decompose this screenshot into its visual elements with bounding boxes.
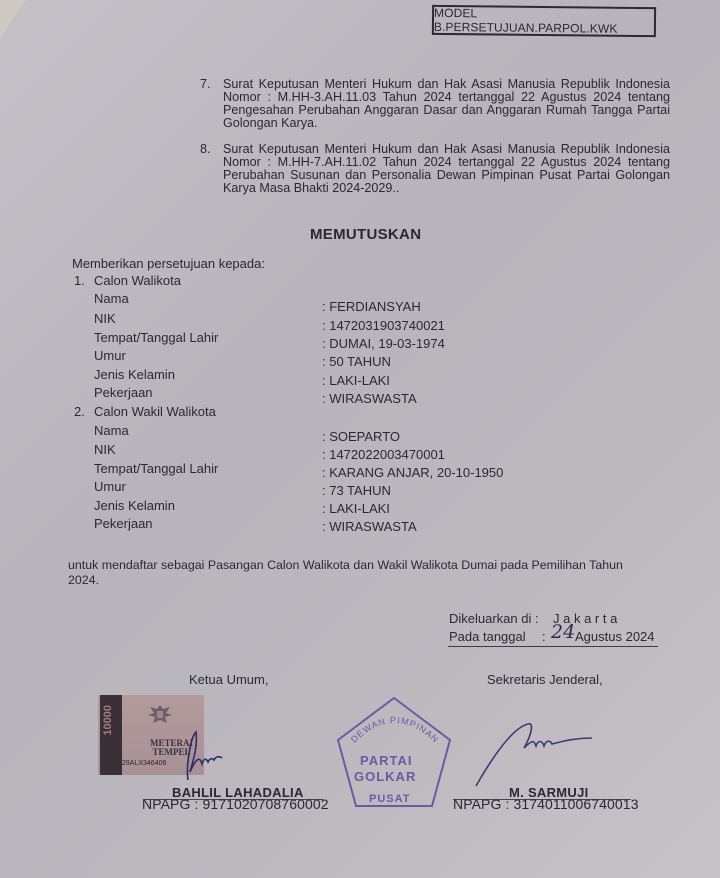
seal-line-3: PUSAT <box>369 793 410 806</box>
field-label: Tempat/Tanggal Lahir <box>94 462 218 475</box>
date-day-handwritten: 24 <box>551 623 575 642</box>
left-signatory-id: NPAPG : 9171020708760002 <box>142 796 329 812</box>
seal-line-1: PARTAI <box>360 754 412 767</box>
candidate-1-role: Calon Walikota <box>94 274 181 287</box>
field-value: : 50 TAHUN <box>322 355 391 368</box>
issued-at-label: Dikeluarkan di : <box>449 612 539 625</box>
garuda-emblem-icon <box>146 701 174 729</box>
paper-corner-shadow <box>0 0 26 38</box>
date-colon: : <box>542 630 546 643</box>
field-value: : SOEPARTO <box>322 430 400 443</box>
field-label: Jenis Kelamin <box>94 368 175 381</box>
consideration-number: 8. <box>200 143 211 156</box>
field-value: : DUMAI, 19-03-1974 <box>322 337 445 350</box>
field-value: : WIRASWASTA <box>322 392 417 405</box>
right-signature-icon <box>462 718 602 790</box>
date-label: Pada tanggal <box>449 630 526 643</box>
consideration-text: Surat Keputusan Menteri Hukum dan Hak As… <box>223 143 670 195</box>
field-label: Jenis Kelamin <box>94 499 175 512</box>
seal-line-2: GOLKAR <box>354 770 416 783</box>
left-signature-icon <box>180 728 230 788</box>
model-code-box: MODEL B.PERSETUJUAN.PARPOL.KWK <box>432 5 656 37</box>
meterai-serial: 29ALX346406 <box>122 760 166 767</box>
field-label: NIK <box>94 443 116 456</box>
field-label: Nama <box>94 424 129 437</box>
decision-heading: MEMUTUSKAN <box>310 226 421 243</box>
field-value: : WIRASWASTA <box>322 520 417 533</box>
right-signatory-title: Sekretaris Jenderal, <box>487 673 603 686</box>
svg-text:DEWAN PIMPINAN: DEWAN PIMPINAN <box>349 715 441 745</box>
left-signatory-title: Ketua Umum, <box>189 673 268 686</box>
consideration-text: Surat Keputusan Menteri Hukum dan Hak As… <box>223 78 670 130</box>
purpose-line-1: untuk mendaftar sebagai Pasangan Calon W… <box>68 559 623 572</box>
field-value: : 1472031903740021 <box>322 319 445 332</box>
date-rest: Agustus 2024 <box>575 630 655 643</box>
candidate-2-number: 2. <box>74 405 85 418</box>
field-value: : LAKI-LAKI <box>322 502 390 515</box>
field-label: Pekerjaan <box>94 517 153 530</box>
purpose-line-2: 2024. <box>68 574 99 587</box>
field-value: : KARANG ANJAR, 20-10-1950 <box>322 466 503 479</box>
field-value: : 73 TAHUN <box>322 484 391 497</box>
candidate-2-role: Calon Wakil Walikota <box>94 405 216 418</box>
field-value: : LAKI-LAKI <box>322 374 390 387</box>
candidate-1-number: 1. <box>74 274 85 287</box>
date-underline <box>448 646 658 647</box>
model-code: MODEL B.PERSETUJUAN.PARPOL.KWK <box>434 6 654 36</box>
intro-text: Memberikan persetujuan kepada: <box>72 257 265 270</box>
field-label: Umur <box>94 480 126 493</box>
field-label: Tempat/Tanggal Lahir <box>94 331 218 344</box>
meterai-value: 10000 <box>102 705 114 736</box>
field-label: Nama <box>94 292 129 305</box>
field-label: Pekerjaan <box>94 386 153 399</box>
field-value: : 1472022003470001 <box>322 448 445 461</box>
field-value: : FERDIANSYAH <box>322 300 421 313</box>
right-signatory-id: NPAPG : 3174011006740013 <box>453 796 639 812</box>
consideration-7: 7. Surat Keputusan Menteri Hukum dan Hak… <box>200 78 670 130</box>
consideration-number: 7. <box>200 78 211 91</box>
field-label: Umur <box>94 349 126 362</box>
consideration-8: 8. Surat Keputusan Menteri Hukum dan Hak… <box>200 143 670 195</box>
field-label: NIK <box>94 312 116 325</box>
